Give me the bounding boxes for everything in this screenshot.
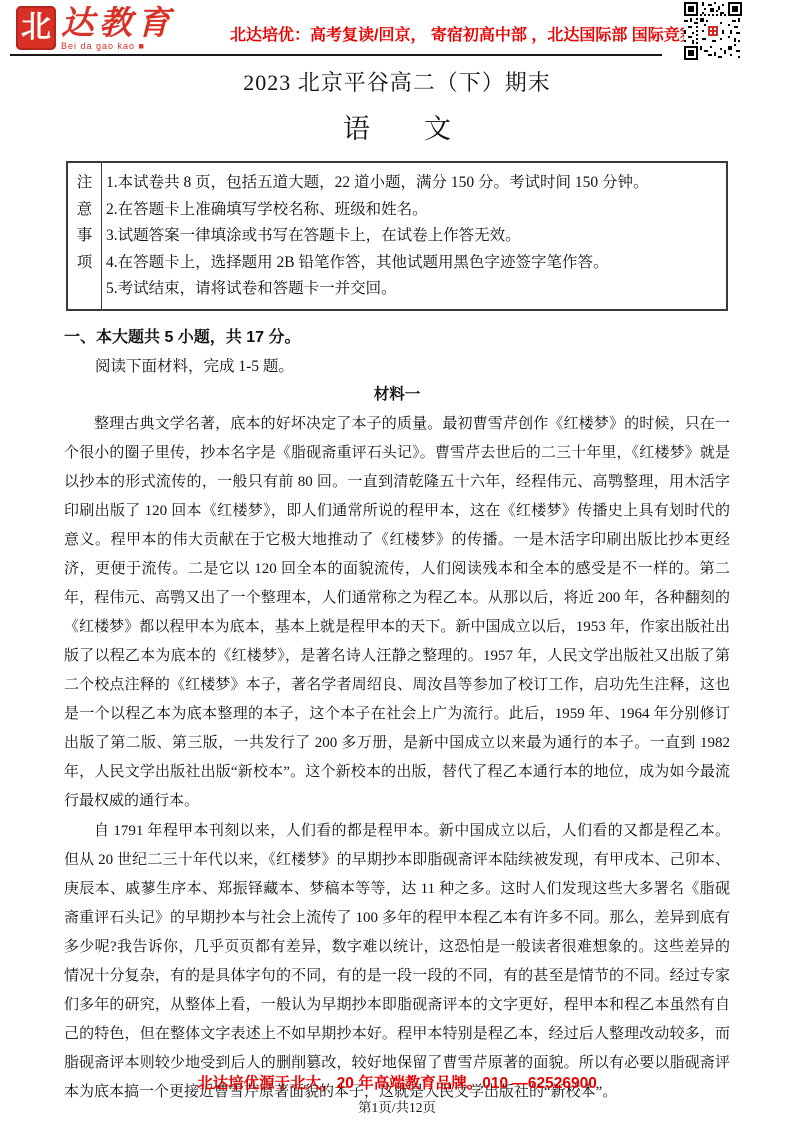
notice-item: 2.在答题卡上准确填写学校名称、班级和姓名。 <box>106 197 718 224</box>
notice-item: 5.考试结束，请将试卷和答题卡一并交回。 <box>106 276 718 303</box>
notice-side-char: 事 <box>77 223 93 250</box>
header-divider <box>10 54 662 56</box>
section-one-heading: 一、本大题共 5 小题，共 17 分。 <box>64 323 730 353</box>
material-paragraph-1: 整理古典文学名著，底本的好坏决定了本子的质量。最初曹雪芹创作《红楼梦》的时候，只… <box>64 410 730 816</box>
notice-side-char: 意 <box>77 197 93 224</box>
header-slogan: 北达培优：高考复读/回京， 寄宿初高中部 ，北达国际部 国际竞赛部 <box>230 26 680 46</box>
notice-item: 3.试题答案一律填涂或书写在答题卡上，在试卷上作答无效。 <box>106 223 718 250</box>
brand-logo: 北 达教育 Bei da gao kao ■ <box>16 6 175 51</box>
brand-text-column: 达教育 Bei da gao kao ■ <box>61 6 175 51</box>
notice-item: 1.本试卷共 8 页，包括五道大题，22 道小题，满分 150 分。考试时间 1… <box>106 170 718 197</box>
notice-box: 注 意 事 项 1.本试卷共 8 页，包括五道大题，22 道小题，满分 150 … <box>66 161 728 311</box>
notice-list: 1.本试卷共 8 页，包括五道大题，22 道小题，满分 150 分。考试时间 1… <box>102 163 726 309</box>
exam-paper-page: 北 达教育 Bei da gao kao ■ 北达培优：高考复读/回京， 寄宿初… <box>0 66 794 1107</box>
main-content: 一、本大题共 5 小题，共 17 分。 阅读下面材料，完成 1-5 题。 材料一… <box>64 323 730 1107</box>
notice-side-label: 注 意 事 项 <box>68 163 102 309</box>
subject-title: 语 文 <box>0 107 794 146</box>
reading-instruction: 阅读下面材料，完成 1-5 题。 <box>64 353 730 381</box>
footer-slogan: 北达培优源于北大，20 年高端教育品牌。010 —62526900 <box>0 1071 794 1093</box>
beida-seal-icon: 北 <box>16 6 56 50</box>
material-paragraph-2: 自 1791 年程甲本刊刻以来，人们看的都是程甲本。新中国成立以后，人们看的又都… <box>64 817 730 1107</box>
brand-subtext: Bei da gao kao ■ <box>61 41 175 51</box>
page-number: 第1页/共12页 <box>0 1096 794 1116</box>
page-header: 北 达教育 Bei da gao kao ■ 北达培优：高考复读/回京， 寄宿初… <box>14 4 780 60</box>
notice-side-char: 注 <box>77 170 93 197</box>
notice-side-char: 项 <box>77 250 93 277</box>
exam-title: 2023 北京平谷高二（下）期末 <box>0 66 794 97</box>
qr-code-icon <box>683 2 743 60</box>
brand-name: 达教育 <box>61 6 175 40</box>
material-one-heading: 材料一 <box>64 381 730 409</box>
notice-item: 4.在答题卡上，选择题用 2B 铅笔作答，其他试题用黑色字迹签字笔作答。 <box>106 250 718 277</box>
